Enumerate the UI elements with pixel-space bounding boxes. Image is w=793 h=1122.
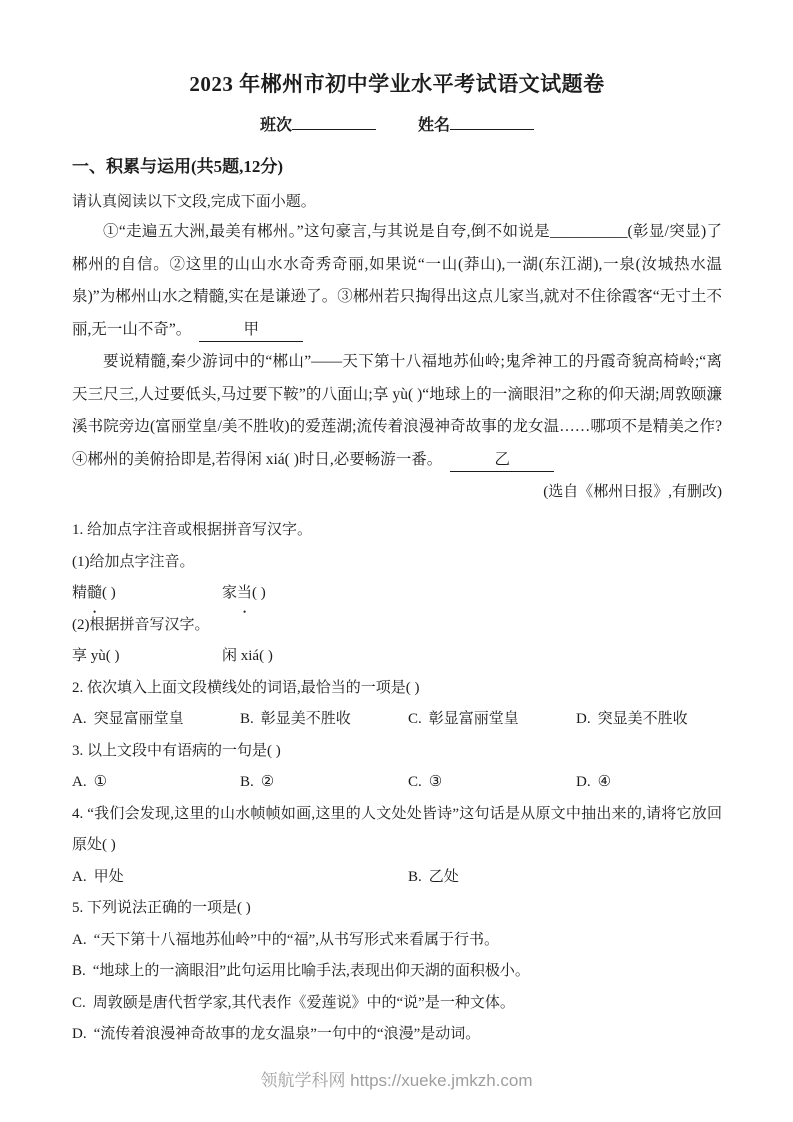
q2-options: A.突显富丽堂皇 B.彰显美不胜收 C.彰显富丽堂皇 D.突显美不胜收 <box>72 704 722 736</box>
passage-paragraph-1: ①“走遍五大洲,最美有郴州。”这句豪言,与其说是自夸,倒不如说是________… <box>72 216 722 346</box>
dotted-char: 当 <box>237 578 252 610</box>
class-fill-blank <box>292 115 376 130</box>
q3-options: A.① B.② C.③ D.④ <box>72 767 722 799</box>
q4-option-a: A.甲处 <box>72 862 408 894</box>
option-text: 彰显美不胜收 <box>261 711 351 727</box>
answer-brackets: ( ) <box>259 648 273 664</box>
name-label: 姓名 <box>418 117 450 134</box>
site-watermark: 领航学科网 https://xueke.jmkzh.com <box>0 1066 793 1091</box>
answer-brackets: ( ) <box>106 648 120 664</box>
q1-part1-label: (1)给加点字注音。 <box>72 547 722 579</box>
pinyin-item-jingsui: 精髓( ) <box>72 578 222 610</box>
q4-options: A.甲处 B.乙处 <box>72 862 722 894</box>
q5-option-a: A.“天下第十八福地苏仙岭”中的“福”,从书写形式来看属于行书。 <box>72 925 722 957</box>
option-letter: D. <box>72 1026 87 1042</box>
answer-brackets: ( ) <box>102 585 116 601</box>
q3-option-b: B.② <box>240 767 408 799</box>
q2-option-d: D.突显美不胜收 <box>576 704 688 736</box>
option-letter: A. <box>72 932 87 948</box>
option-letter: B. <box>408 869 422 885</box>
q5-option-d: D.“流传着浪漫神奇故事的龙女温泉”一句中的“浪漫”是动词。 <box>72 1019 722 1051</box>
passage-source: (选自《郴州日报》,有删改) <box>72 476 722 508</box>
option-text: “天下第十八福地苏仙岭”中的“福”,从书写形式来看属于行书。 <box>94 932 499 948</box>
answer-brackets: ( ) <box>252 585 266 601</box>
class-label: 班次 <box>260 117 292 134</box>
option-letter: A. <box>72 774 87 790</box>
option-letter: C. <box>408 774 422 790</box>
option-letter: A. <box>72 711 87 727</box>
q2-option-c: C.彰显富丽堂皇 <box>408 704 576 736</box>
q2-stem: 2. 依次填入上面文段横线处的词语,最恰当的一项是( ) <box>72 673 722 705</box>
jia-underlined-blank: 甲 <box>199 319 303 342</box>
q5-option-c: C.周敦颐是唐代哲学家,其代表作《爱莲说》中的“说”是一种文体。 <box>72 988 722 1020</box>
q4-option-b: B.乙处 <box>408 862 459 894</box>
char-plain: 精 <box>72 585 87 601</box>
option-text: 周敦颐是唐代哲学家,其代表作《爱莲说》中的“说”是一种文体。 <box>93 995 515 1011</box>
word: 享 yù <box>72 648 106 664</box>
dotted-char: 髓 <box>87 578 102 610</box>
option-text: “流传着浪漫神奇故事的龙女温泉”一句中的“浪漫”是动词。 <box>94 1026 481 1042</box>
yi-underlined-blank: 乙 <box>450 449 554 472</box>
q3-option-a: A.① <box>72 767 240 799</box>
q3-option-d: D.④ <box>576 767 611 799</box>
option-text: ② <box>261 774 274 790</box>
option-letter: B. <box>240 711 254 727</box>
passage-paragraph-2: 要说精髓,秦少游词中的“郴山”——天下第十八福地苏仙岭;鬼斧神工的丹霞奇貌高椅岭… <box>72 346 722 476</box>
q2-option-a: A.突显富丽堂皇 <box>72 704 240 736</box>
q3-stem: 3. 以上文段中有语病的一句是( ) <box>72 736 722 768</box>
page-title: 2023 年郴州市初中学业水平考试语文试题卷 <box>72 68 722 98</box>
option-letter: B. <box>72 963 86 979</box>
option-text: 甲处 <box>94 869 124 885</box>
passage-paragraph-2-text: 要说精髓,秦少游词中的“郴山”——天下第十八福地苏仙岭;鬼斧神工的丹霞奇貌高椅岭… <box>72 353 722 468</box>
questions-section: 1. 给加点字注音或根据拼音写汉字。 (1)给加点字注音。 精髓( )家当( )… <box>72 515 722 1051</box>
q5-stem: 5. 下列说法正确的一项是( ) <box>72 893 722 925</box>
passage-paragraph-1-text: ①“走遍五大洲,最美有郴州。”这句豪言,与其说是自夸,倒不如说是________… <box>72 223 722 338</box>
student-info-row: 班次姓名 <box>72 112 722 135</box>
char-plain: 家 <box>222 585 237 601</box>
option-letter: A. <box>72 869 87 885</box>
exam-page: 2023 年郴州市初中学业水平考试语文试题卷 班次姓名 一、积累与运用(共5题,… <box>0 68 793 1051</box>
option-text: “地球上的一滴眼泪”此句运用比喻手法,表现出仰天湖的面积极小。 <box>93 963 530 979</box>
option-text: ④ <box>598 774 611 790</box>
q1-stem: 1. 给加点字注音或根据拼音写汉字。 <box>72 515 722 547</box>
word: 闲 xiá <box>222 648 259 664</box>
option-text: 突显富丽堂皇 <box>94 711 184 727</box>
name-fill-blank <box>450 115 534 130</box>
option-text: 彰显富丽堂皇 <box>429 711 519 727</box>
section-1-heading: 一、积累与运用(共5题,12分) <box>72 152 722 177</box>
option-letter: D. <box>576 774 591 790</box>
option-text: 乙处 <box>429 869 459 885</box>
option-text: 突显美不胜收 <box>598 711 688 727</box>
q5-option-b: B.“地球上的一滴眼泪”此句运用比喻手法,表现出仰天湖的面积极小。 <box>72 956 722 988</box>
section-1-intro: 请认真阅读以下文段,完成下面小题。 <box>72 190 722 211</box>
option-letter: B. <box>240 774 254 790</box>
option-letter: C. <box>408 711 422 727</box>
hanzi-item-xianxia: 闲 xiá( ) <box>222 641 273 673</box>
hanzi-item-xiangyu: 享 yù( ) <box>72 641 222 673</box>
pinyin-item-jiadang: 家当( ) <box>222 578 266 610</box>
q1-part2-items: 享 yù( )闲 xiá( ) <box>72 641 722 673</box>
q3-option-c: C.③ <box>408 767 576 799</box>
option-letter: D. <box>576 711 591 727</box>
option-letter: C. <box>72 995 86 1011</box>
option-text: ③ <box>429 774 442 790</box>
option-text: ① <box>94 774 107 790</box>
q1-part1-items: 精髓( )家当( ) <box>72 578 722 610</box>
q4-stem: 4. “我们会发现,这里的山水帧帧如画,这里的人文处处皆诗”这句话是从原文中抽出… <box>72 799 722 862</box>
q2-option-b: B.彰显美不胜收 <box>240 704 408 736</box>
q1-part2-label: (2)根据拼音写汉字。 <box>72 610 722 642</box>
